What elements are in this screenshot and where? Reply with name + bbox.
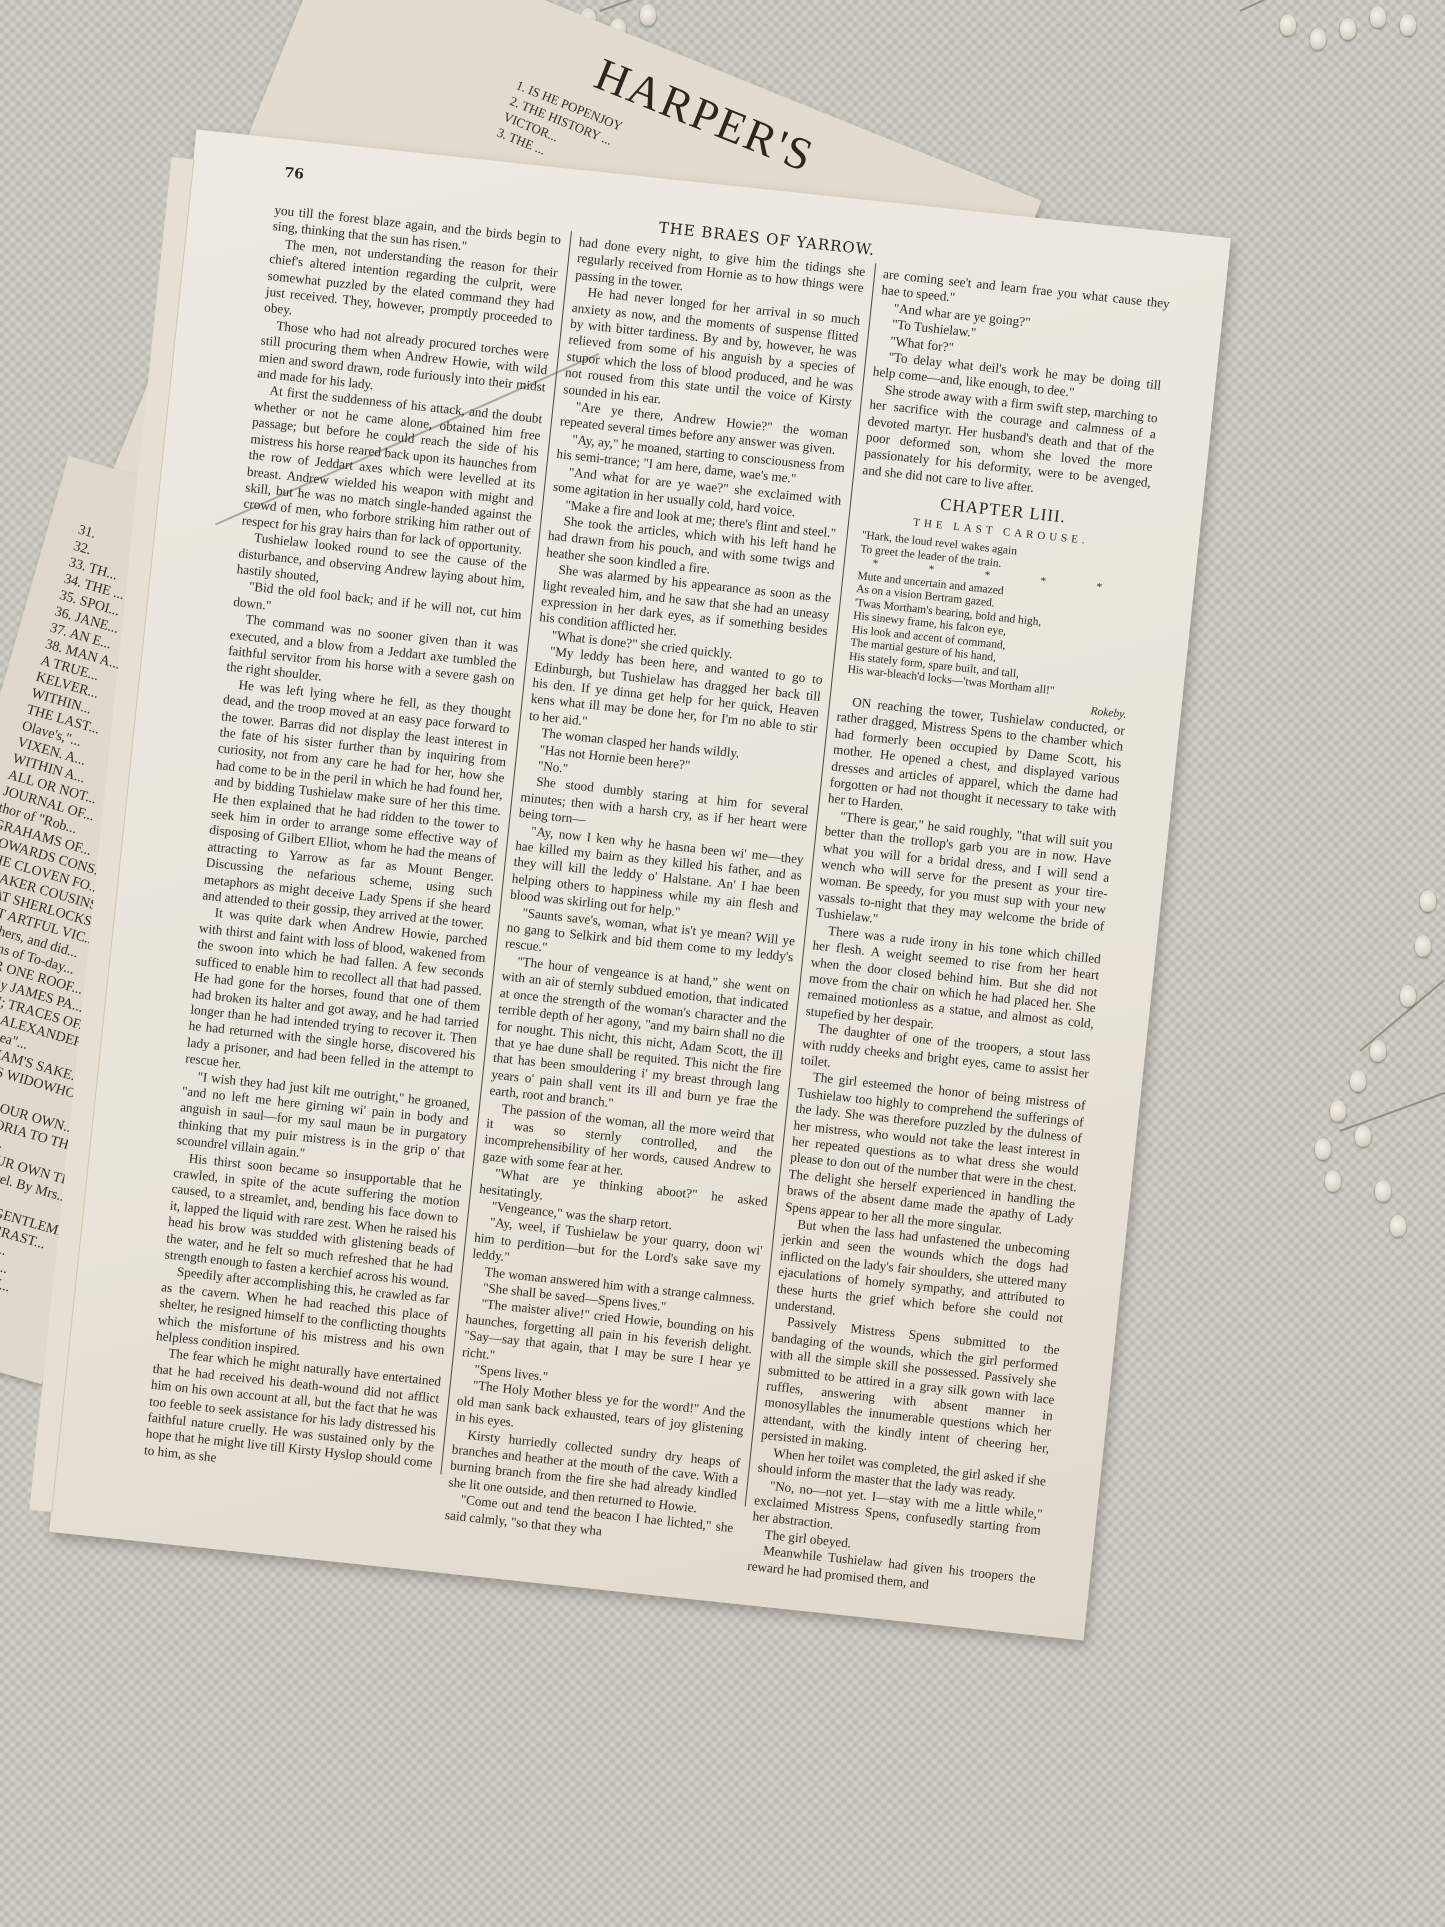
paragraph: It was quite dark when Andrew Howie, par… [184, 904, 488, 1097]
chapter-epigraph: "Hark, the loud revel wakes againTo gree… [841, 529, 1143, 707]
paragraph: "The hour of vengeance is at hand," she … [489, 952, 791, 1129]
paragraph: The girl esteemed the honor of being mis… [784, 1068, 1086, 1245]
dried-flowers-right [1300, 870, 1445, 1250]
page-number: 76 [284, 165, 305, 183]
paragraph: At first the suddenness of his attack, a… [241, 382, 543, 559]
magazine-page: 76 THE BRAES OF YARROW. you till the for… [49, 130, 1231, 1641]
column-3-before-chapter: are coming see't and learn frae you what… [862, 266, 1171, 508]
paragraph: He was left lying where he fell, as they… [202, 675, 512, 934]
